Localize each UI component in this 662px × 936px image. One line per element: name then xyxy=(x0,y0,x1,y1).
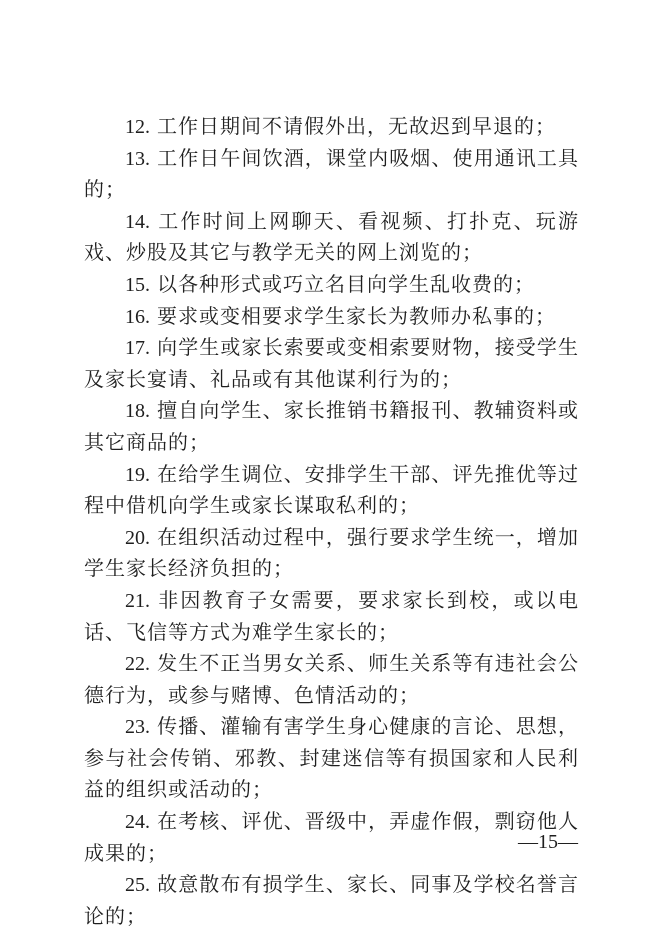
list-item-25: 25.故意散布有损学生、家长、同事及学校名誉言论的； xyxy=(84,870,579,933)
list-item-15: 15.以各种形式或巧立名目向学生乱收费的； xyxy=(84,270,579,302)
item-number: 23. xyxy=(125,716,150,738)
item-number: 20. xyxy=(125,527,150,549)
item-text: 传播、灌输有害学生身心健康的言论、思想，参与社会传销、邪教、封建迷信等有损国家和… xyxy=(84,716,579,801)
item-number: 14. xyxy=(125,211,150,233)
item-text: 工作日午间饮酒，课堂内吸烟、使用通讯工具的； xyxy=(84,148,579,202)
list-item-17: 17.向学生或家长索要或变相索要财物，接受学生及家长宴请、礼品或有其他谋利行为的… xyxy=(84,333,579,396)
list-item-20: 20.在组织活动过程中，强行要求学生统一，增加学生家长经济负担的； xyxy=(84,523,579,586)
item-text: 工作时间上网聊天、看视频、打扑克、玩游戏、炒股及其它与教学无关的网上浏览的； xyxy=(84,211,579,265)
item-text: 发生不正当男女关系、师生关系等有违社会公德行为，或参与赌博、色情活动的； xyxy=(84,653,579,707)
item-number: 13. xyxy=(125,148,150,170)
item-text: 在考核、评优、晋级中，弄虚作假，剽窃他人成果的； xyxy=(84,811,579,865)
document-body: 12.工作日期间不请假外出，无故迟到早退的； 13.工作日午间饮酒，课堂内吸烟、… xyxy=(84,112,579,933)
list-item-12: 12.工作日期间不请假外出，无故迟到早退的； xyxy=(84,112,579,144)
list-item-14: 14.工作时间上网聊天、看视频、打扑克、玩游戏、炒股及其它与教学无关的网上浏览的… xyxy=(84,207,579,270)
item-number: 16. xyxy=(125,306,150,328)
item-number: 17. xyxy=(125,337,150,359)
item-number: 19. xyxy=(125,464,150,486)
item-text: 工作日期间不请假外出，无故迟到早退的； xyxy=(157,116,556,138)
item-text: 擅自向学生、家长推销书籍报刊、教辅资料或其它商品的； xyxy=(84,400,579,454)
list-item-22: 22.发生不正当男女关系、师生关系等有违社会公德行为，或参与赌博、色情活动的； xyxy=(84,649,579,712)
item-text: 非因教育子女需要，要求家长到校，或以电话、飞信等方式为难学生家长的； xyxy=(84,590,579,644)
item-text: 向学生或家长索要或变相索要财物，接受学生及家长宴请、礼品或有其他谋利行为的； xyxy=(84,337,579,391)
item-number: 25. xyxy=(125,874,150,896)
item-number: 21. xyxy=(125,590,150,612)
list-item-13: 13.工作日午间饮酒，课堂内吸烟、使用通讯工具的； xyxy=(84,144,579,207)
page-number: —15— xyxy=(518,830,578,854)
item-text: 在组织活动过程中，强行要求学生统一，增加学生家长经济负担的； xyxy=(84,527,579,581)
item-number: 15. xyxy=(125,274,150,296)
list-item-18: 18.擅自向学生、家长推销书籍报刊、教辅资料或其它商品的； xyxy=(84,396,579,459)
item-text: 要求或变相要求学生家长为教师办私事的； xyxy=(157,306,556,328)
list-item-16: 16.要求或变相要求学生家长为教师办私事的； xyxy=(84,302,579,334)
document-page: 12.工作日期间不请假外出，无故迟到早退的； 13.工作日午间饮酒，课堂内吸烟、… xyxy=(0,0,662,936)
item-number: 24. xyxy=(125,811,150,833)
item-text: 以各种形式或巧立名目向学生乱收费的； xyxy=(157,274,535,296)
item-text: 故意散布有损学生、家长、同事及学校名誉言论的； xyxy=(84,874,579,928)
item-number: 12. xyxy=(125,116,150,138)
list-item-19: 19.在给学生调位、安排学生干部、评先推优等过程中借机向学生或家长谋取私利的； xyxy=(84,460,579,523)
item-number: 18. xyxy=(125,400,150,422)
list-item-24: 24.在考核、评优、晋级中，弄虚作假，剽窃他人成果的； xyxy=(84,807,579,870)
list-item-21: 21.非因教育子女需要，要求家长到校，或以电话、飞信等方式为难学生家长的； xyxy=(84,586,579,649)
item-text: 在给学生调位、安排学生干部、评先推优等过程中借机向学生或家长谋取私利的； xyxy=(84,464,579,518)
item-number: 22. xyxy=(125,653,150,675)
list-item-23: 23.传播、灌输有害学生身心健康的言论、思想，参与社会传销、邪教、封建迷信等有损… xyxy=(84,712,579,807)
